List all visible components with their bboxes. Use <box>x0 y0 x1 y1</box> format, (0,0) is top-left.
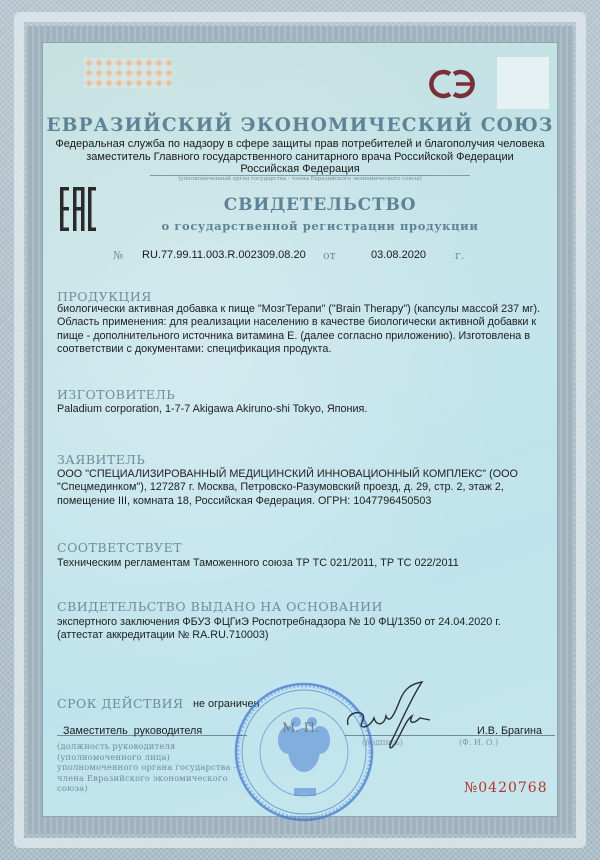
registration-date: 03.08.2020 <box>371 249 426 261</box>
position-caption: (должность руководителя (уполномоченного… <box>57 741 247 794</box>
number-label: № <box>113 249 123 262</box>
signature-mark <box>340 680 440 755</box>
blank-square <box>497 57 549 109</box>
product-label: ПРОДУКЦИЯ <box>57 289 152 304</box>
basis-label: СВИДЕТЕЛЬСТВО ВЫДАНО НА ОСНОВАНИИ <box>57 599 383 614</box>
authority-caption: (уполномоченный орган государства - член… <box>42 176 558 182</box>
basis-text: экспертного заключения ФБУЗ ФЦГиЭ Роспот… <box>57 616 547 643</box>
applicant-label: ЗАЯВИТЕЛЬ <box>57 452 145 467</box>
manufacturer-label: ИЗГОТОВИТЕЛЬ <box>57 387 175 402</box>
date-label: от <box>323 249 336 262</box>
validity-label: СРОК ДЕЙСТВИЯ <box>57 696 184 711</box>
union-title: ЕВРАЗИЙСКИЙ ЭКОНОМИЧЕСКИЙ СОЮЗ <box>42 115 558 136</box>
certificate-subtitle: о государственной регистрации продукции <box>42 219 558 233</box>
authority-line: Российская Федерация <box>42 163 558 176</box>
signer-name: И.В. Брагина <box>477 725 542 737</box>
signer-position: Заместитель руководителя <box>63 725 202 737</box>
manufacturer-text: Paladium corporation, 1-7-7 Akigawa Akir… <box>57 403 547 416</box>
hologram-sticker <box>84 58 172 88</box>
authority-line: заместитель Главного государственного са… <box>42 151 558 164</box>
serial-number: №0420768 <box>464 780 548 796</box>
name-caption: (Ф. И. О.) <box>459 738 498 747</box>
year-suffix: г. <box>455 249 464 262</box>
authority-line: Федеральная служба по надзору в сфере за… <box>42 138 558 151</box>
certificate-title: СВИДЕТЕЛЬСТВО <box>42 195 558 215</box>
applicant-text: ООО "СПЕЦИАЛИЗИРОВАННЫЙ МЕДИЦИНСКИЙ ИННО… <box>57 468 547 508</box>
registration-line: № RU.77.99.11.003.R.002309.08.20 от 03.0… <box>0 249 600 265</box>
stamp-label: М. П. <box>282 721 319 736</box>
compliance-text: Техническим регламентам Таможенного союз… <box>57 557 547 570</box>
product-text: биологически активная добавка к пище "Мо… <box>57 303 547 356</box>
issuing-authority: Федеральная служба по надзору в сфере за… <box>42 138 558 176</box>
compliance-label: СООТВЕТСТВУЕТ <box>57 540 182 555</box>
se-logo-icon <box>426 68 480 100</box>
registration-number: RU.77.99.11.003.R.002309.08.20 <box>142 249 306 261</box>
